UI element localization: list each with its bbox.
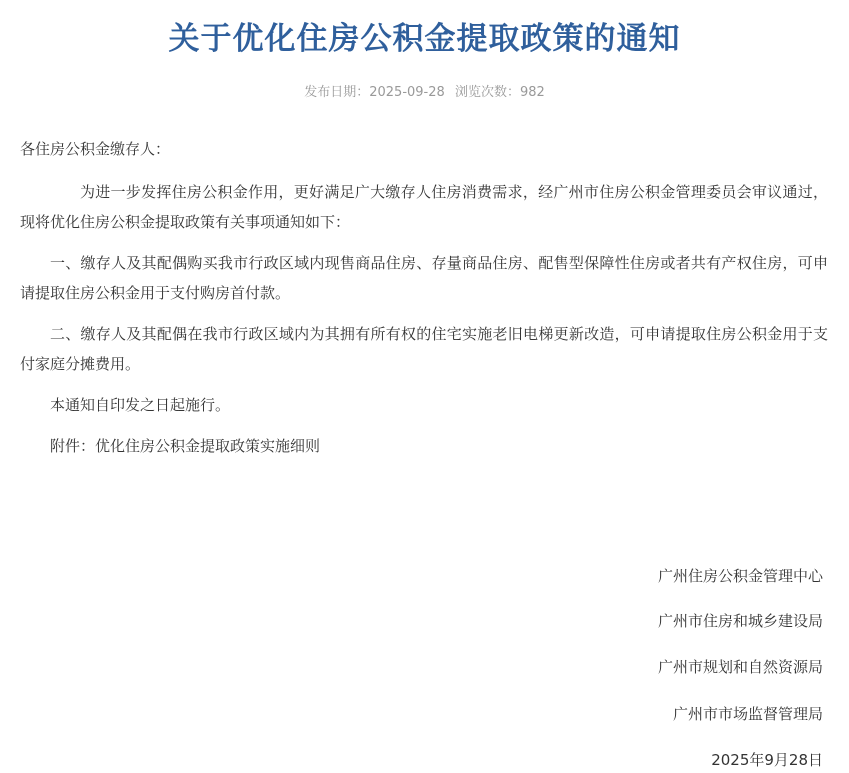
view-count-label: 浏览次数：: [455, 85, 520, 100]
view-count-value: 982: [520, 85, 545, 100]
paragraph-item-1: 一、缴存人及其配偶购买我市行政区域内现售商品住房、存量商品住房、配售型保障性住房…: [20, 248, 828, 308]
issue-date: 2025年9月28日: [423, 749, 823, 771]
view-count: 浏览次数：982: [455, 85, 545, 100]
page-title: 关于优化住房公积金提取政策的通知: [0, 16, 849, 62]
paragraph-item-2: 二、缴存人及其配偶在我市行政区域内为其拥有所有权的住宅实施老旧电梯更新改造，可申…: [20, 319, 828, 379]
attachment-link[interactable]: 附件：优化住房公积金提取政策实施细则: [20, 431, 828, 461]
article-meta: 发布日期：2025-09-28 浏览次数：982: [0, 83, 849, 103]
publish-date-value: 2025-09-28: [369, 85, 445, 100]
signatory-1: 广州住房公积金管理中心: [423, 565, 823, 587]
paragraph-intro: 为进一步发挥住房公积金作用，更好满足广大缴存人住房消费需求，经广州市住房公积金管…: [20, 177, 828, 237]
signatory-2: 广州市住房和城乡建设局: [423, 610, 823, 632]
publish-date-label: 发布日期：: [304, 85, 369, 100]
signatory-3: 广州市规划和自然资源局: [423, 656, 823, 678]
paragraph-effective: 本通知自印发之日起施行。: [20, 390, 828, 420]
signatory-4: 广州市市场监督管理局: [423, 703, 823, 725]
salutation: 各住房公积金缴存人：: [20, 134, 828, 164]
article-body: 各住房公积金缴存人： 为进一步发挥住房公积金作用，更好满足广大缴存人住房消费需求…: [20, 134, 828, 472]
publish-date: 发布日期：2025-09-28: [304, 85, 445, 100]
